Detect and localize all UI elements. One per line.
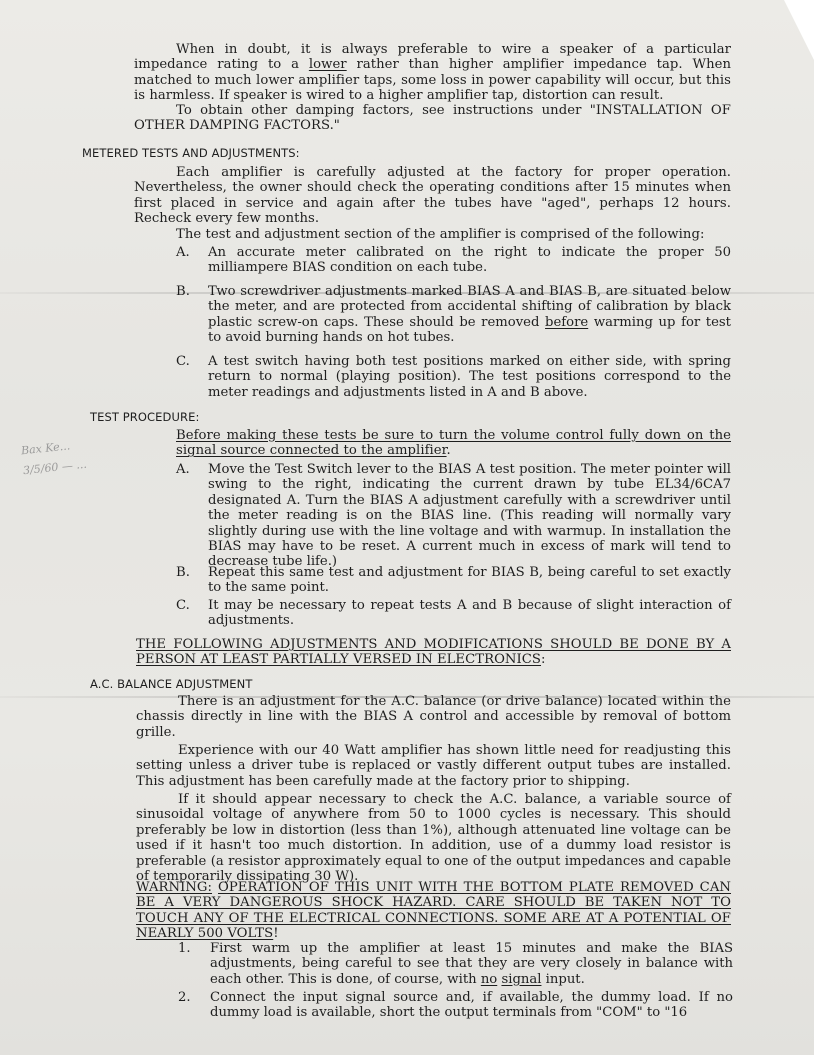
- metered-paragraph-1: Each amplifier is carefully adjusted at …: [134, 165, 731, 227]
- shock-warning: WARNING: OPERATION OF THIS UNIT WITH THE…: [136, 880, 731, 942]
- intro-paragraph-2: To obtain other damping factors, see ins…: [134, 103, 731, 134]
- section-heading-ac-balance: A.C. BALANCE ADJUSTMENT: [90, 677, 252, 691]
- ac-paragraph-3: If it should appear necessary to check t…: [136, 792, 731, 884]
- section-heading-procedure: TEST PROCEDURE:: [90, 410, 199, 424]
- procedure-warning: Before making these tests be sure to tur…: [176, 428, 731, 459]
- intro-paragraph-1: When in doubt, it is always preferable t…: [134, 42, 731, 104]
- section-heading-metered: METERED TESTS AND ADJUSTMENTS:: [82, 146, 300, 160]
- metered-paragraph-2: The test and adjustment section of the a…: [134, 227, 731, 242]
- ac-paragraph-1: There is an adjustment for the A.C. bala…: [136, 694, 731, 740]
- handwritten-note: Bax Ke... 3/5/60 — ...: [20, 435, 88, 481]
- page-corner: [784, 0, 814, 60]
- expertise-notice: THE FOLLOWING ADJUSTMENTS AND MODIFICATI…: [136, 637, 731, 668]
- ac-paragraph-2: Experience with our 40 Watt amplifier ha…: [136, 743, 731, 789]
- document-page: When in doubt, it is always preferable t…: [0, 0, 814, 1055]
